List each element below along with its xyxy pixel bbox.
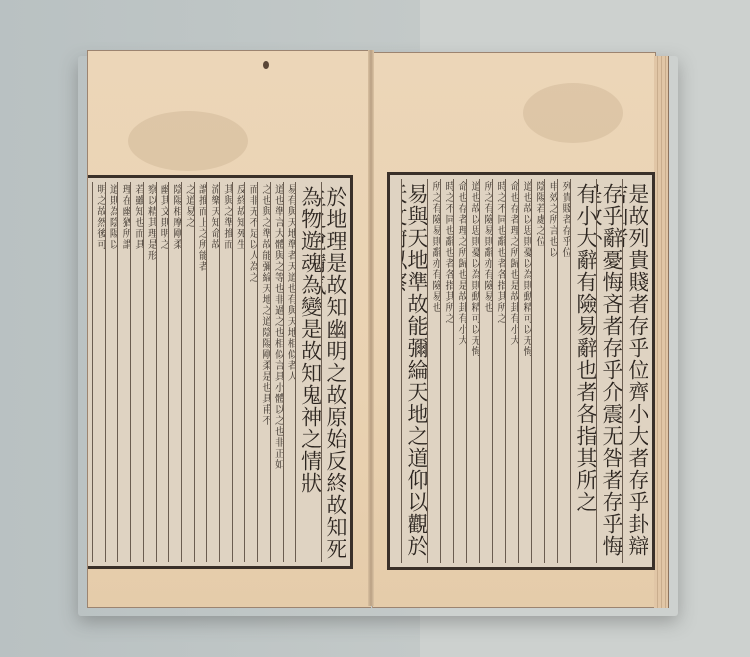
commentary-column: 陰陽相摩剛柔 (168, 182, 181, 562)
commentary-column: 反終故知死生 (232, 182, 245, 562)
commentary-column: 所之有險易則辭亦有險易也 (427, 179, 440, 563)
commentary-column: 而非无不足以人為之 (244, 182, 257, 562)
commentary-column: 列貴賤者存乎位 (557, 179, 570, 563)
commentary-column: 謂推而上之所能者 (194, 182, 207, 562)
main-text-column: 有小大辭有險易辭也者各指其所之 (570, 179, 596, 563)
commentary-column: 察以精其理是形 (143, 182, 156, 562)
main-text-column: 存乎辭憂悔吝者存乎介震无咎者存乎悔是故卦 (596, 179, 622, 563)
commentary-column: 流樂天知命故 (206, 182, 219, 562)
commentary-column: 理在幽猶所謂 (117, 182, 130, 562)
commentary-column: 命也存者理之所歸也是故卦有小大 (453, 179, 466, 563)
paper-stain (523, 83, 623, 143)
commentary-column: 幽其文則明之 (156, 182, 169, 562)
commentary-column: 道也準言大體與之等也非過之也相似言具小體以之也非正如 (270, 182, 283, 562)
paper-stain (128, 111, 248, 171)
commentary-column: 道也故以思則憂以為則動精可以无悔 (466, 179, 479, 563)
main-text-column: 是故列貴賤者存乎位齊小大者存乎卦辯吉凶者 (622, 179, 648, 563)
commentary-column: 明之故然後可 (92, 182, 105, 562)
commentary-column: 所之有險易則辭亦有險易也 (479, 179, 492, 563)
commentary-column: 命也存者理之所歸也是故卦有小大 (505, 179, 518, 563)
commentary-column: 申效之所言也以 (544, 179, 557, 563)
commentary-column: 道則為陰陽以 (105, 182, 118, 562)
left-columns: 於地理是故知幽明之故原始反終故知死生之說精氣 為物遊魂為變是故知鬼神之情狀 易有… (92, 182, 346, 562)
commentary-column: 之道易之 (181, 182, 194, 562)
ink-speck (263, 61, 269, 69)
right-columns: 是故列貴賤者存乎位齊小大者存乎卦辯吉凶者 存乎辭憂悔吝者存乎介震无咎者存乎悔是故… (394, 179, 648, 563)
right-text-frame: 是故列貴賤者存乎位齊小大者存乎卦辯吉凶者 存乎辭憂悔吝者存乎介震无咎者存乎悔是故… (387, 172, 655, 570)
main-text-column: 易與天地準故能彌綸天地之道仰以觀於天文俯以察 (401, 179, 427, 563)
commentary-column: 陰陽若處之位 (531, 179, 544, 563)
main-text-column: 為物遊魂為變是故知鬼神之情狀 (295, 182, 320, 562)
main-text-column: 於地理是故知幽明之故原始反終故知死生之說精氣 (321, 182, 346, 562)
commentary-column: 時之不同也辭也者各指其所之 (440, 179, 453, 563)
commentary-column: 道也故以思則憂以為則動精可以无悔 (518, 179, 531, 563)
commentary-column: 時之不同也辭也者各指其所之 (492, 179, 505, 563)
page-edges (654, 56, 669, 608)
book-gutter (368, 50, 374, 606)
commentary-column: 易有與天地準者天道也有與天地相似者人 (283, 182, 296, 562)
commentary-column: 若雖知也而具 (130, 182, 143, 562)
commentary-column: 之也與之準故能彌綸天地之道陰陽剛柔是也具甫不 (257, 182, 270, 562)
commentary-column: 其與之準推而 (219, 182, 232, 562)
left-text-frame: 於地理是故知幽明之故原始反終故知死生之說精氣 為物遊魂為變是故知鬼神之情狀 易有… (88, 175, 353, 569)
